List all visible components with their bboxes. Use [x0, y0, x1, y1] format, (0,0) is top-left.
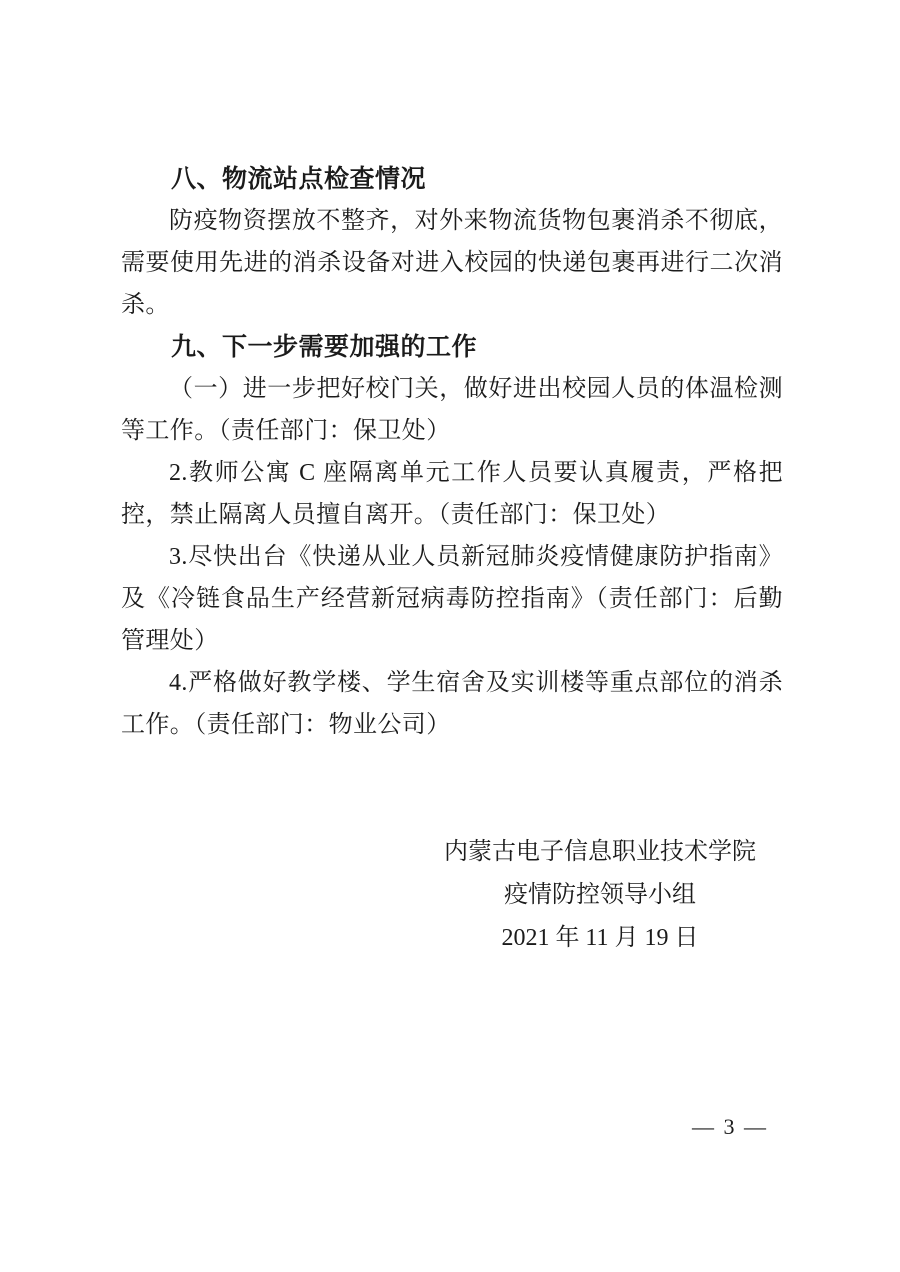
signature-date: 2021 年 11 月 19 日: [365, 917, 835, 960]
signature-block: 内蒙古电子信息职业技术学院 疫情防控领导小组 2021 年 11 月 19 日: [365, 831, 835, 960]
work-item-1: （一）进一步把好校门关，做好进出校园人员的体温检测等工作。（责任部门：保卫处）: [121, 368, 783, 452]
document-page: 八、物流站点检查情况 防疫物资摆放不整齐，对外来物流货物包裹消杀不彻底，需要使用…: [0, 0, 900, 1272]
document-content: 八、物流站点检查情况 防疫物资摆放不整齐，对外来物流货物包裹消杀不彻底，需要使用…: [121, 158, 783, 746]
signature-org-name: 内蒙古电子信息职业技术学院: [365, 831, 835, 874]
work-item-2: 2.教师公寓 C 座隔离单元工作人员要认真履责，严格把控，禁止隔离人员擅自离开。…: [121, 452, 783, 536]
logistics-inspection-paragraph: 防疫物资摆放不整齐，对外来物流货物包裹消杀不彻底，需要使用先进的消杀设备对进入校…: [121, 200, 783, 326]
page-number: — 3 —: [655, 1112, 805, 1142]
section-heading-logistics-inspection: 八、物流站点检查情况: [121, 158, 783, 200]
work-item-4: 4.严格做好教学楼、学生宿舍及实训楼等重点部位的消杀工作。（责任部门：物业公司）: [121, 662, 783, 746]
section-heading-next-steps: 九、下一步需要加强的工作: [121, 326, 783, 368]
work-item-3: 3.尽快出台《快递从业人员新冠肺炎疫情健康防护指南》及《冷链食品生产经营新冠病毒…: [121, 536, 783, 662]
signature-group-name: 疫情防控领导小组: [365, 874, 835, 917]
